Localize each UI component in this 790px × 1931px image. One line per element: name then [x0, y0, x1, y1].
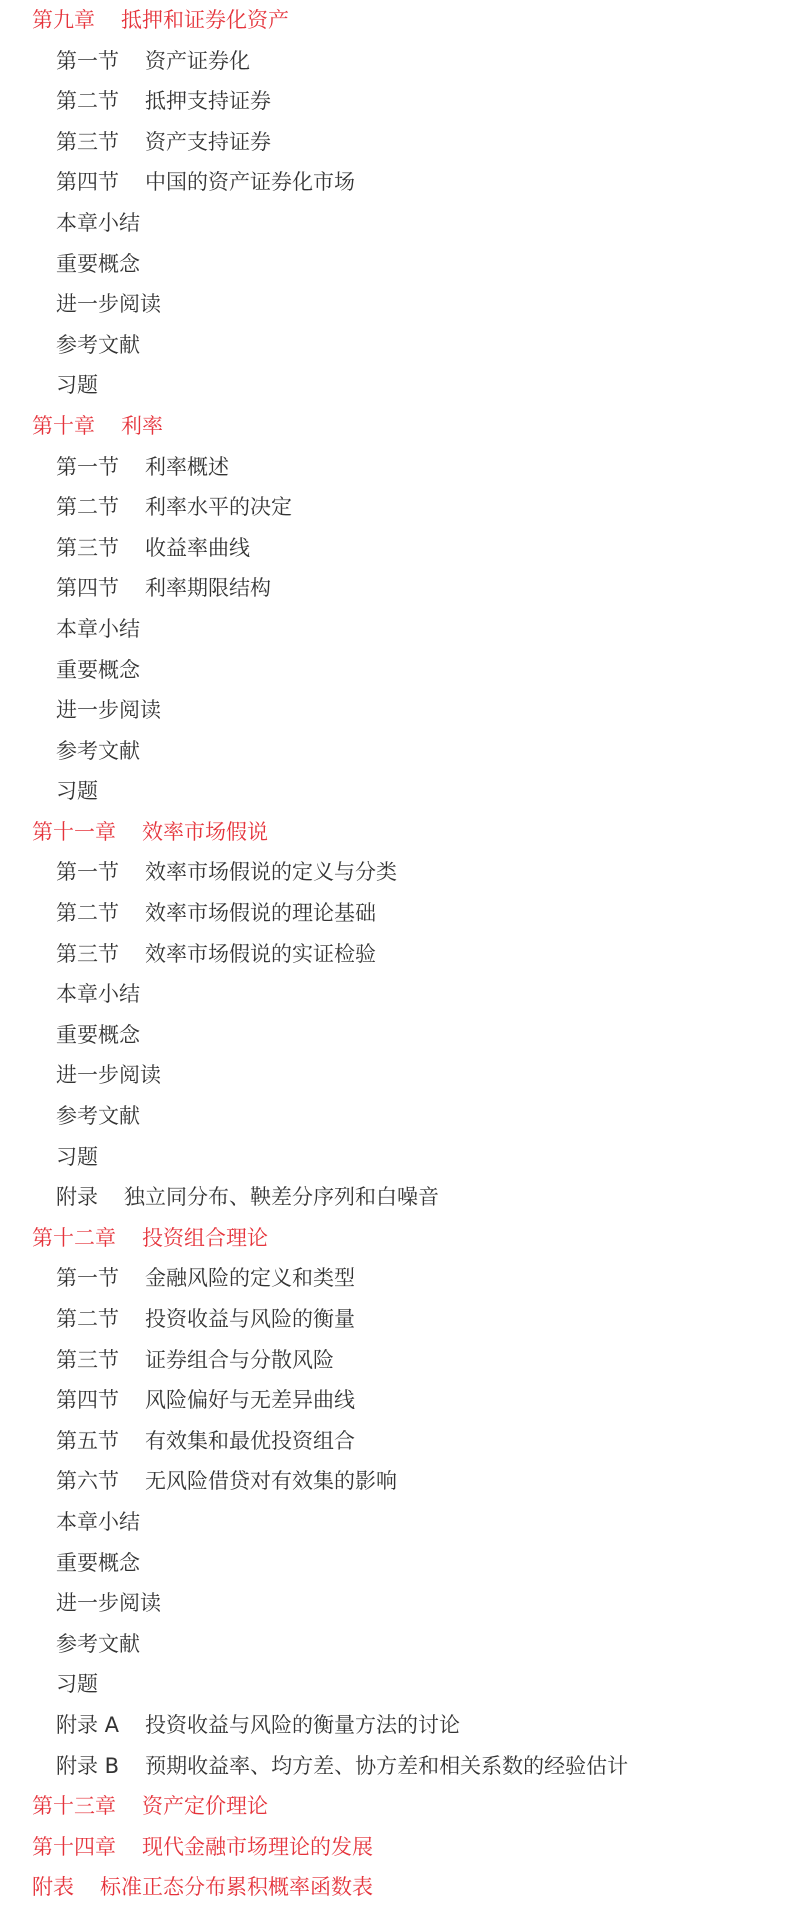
toc-section-link[interactable]: 附录 A投资收益与风险的衡量方法的讨论	[0, 1705, 790, 1746]
entry-title: 预期收益率、均方差、协方差和相关系数的经验估计	[145, 1754, 628, 1778]
toc-chapter-link[interactable]: 第十一章效率市场假说	[0, 812, 790, 853]
entry-title: 利率水平的决定	[145, 495, 292, 519]
entry-title: 利率	[121, 414, 163, 438]
entry-number: 附表	[32, 1875, 74, 1899]
entry-title: 资产证券化	[145, 49, 250, 73]
entry-number: 第四节	[56, 576, 119, 600]
entry-number: 第一节	[56, 455, 119, 479]
entry-title: 本章小结	[56, 617, 140, 641]
toc-section-link[interactable]: 第三节收益率曲线	[0, 528, 790, 569]
toc-section-link[interactable]: 第二节利率水平的决定	[0, 487, 790, 528]
entry-title: 习题	[56, 373, 98, 397]
entry-number: 第二节	[56, 901, 119, 925]
entry-number: 第十四章	[32, 1835, 116, 1859]
entry-title: 效率市场假说的实证检验	[145, 942, 376, 966]
entry-title: 中国的资产证券化市场	[145, 170, 355, 194]
toc-section-link[interactable]: 习题	[0, 1137, 790, 1178]
toc-chapter-link[interactable]: 第十章利率	[0, 406, 790, 447]
toc-section-link[interactable]: 重要概念	[0, 650, 790, 691]
entry-title: 标准正态分布累积概率函数表	[100, 1875, 373, 1899]
entry-number: 第二节	[56, 1307, 119, 1331]
entry-title: 金融风险的定义和类型	[145, 1266, 355, 1290]
entry-title: 独立同分布、鞅差分序列和白噪音	[124, 1185, 439, 1209]
entry-title: 投资收益与风险的衡量方法的讨论	[145, 1713, 460, 1737]
entry-title: 参考文献	[56, 1632, 140, 1656]
toc-section-link[interactable]: 第五节有效集和最优投资组合	[0, 1421, 790, 1462]
toc-section-link[interactable]: 第一节资产证券化	[0, 41, 790, 82]
toc-chapter-link[interactable]: 附表标准正态分布累积概率函数表	[0, 1867, 790, 1908]
entry-title: 利率期限结构	[145, 576, 271, 600]
toc-section-link[interactable]: 参考文献	[0, 1624, 790, 1665]
entry-title: 进一步阅读	[56, 292, 161, 316]
entry-number: 第一节	[56, 49, 119, 73]
entry-number: 第十一章	[32, 820, 116, 844]
entry-number: 第四节	[56, 1388, 119, 1412]
toc-section-link[interactable]: 第二节投资收益与风险的衡量	[0, 1299, 790, 1340]
entry-number: 第九章	[32, 8, 95, 32]
entry-number: 附录 A	[56, 1713, 119, 1737]
toc-section-link[interactable]: 第三节证券组合与分散风险	[0, 1340, 790, 1381]
entry-number: 附录	[56, 1185, 98, 1209]
entry-title: 习题	[56, 1145, 98, 1169]
toc-section-link[interactable]: 第四节利率期限结构	[0, 568, 790, 609]
toc-section-link[interactable]: 参考文献	[0, 325, 790, 366]
toc-section-link[interactable]: 进一步阅读	[0, 690, 790, 731]
entry-title: 现代金融市场理论的发展	[142, 1835, 373, 1859]
toc-chapter-link[interactable]: 第九章抵押和证券化资产	[0, 0, 790, 41]
entry-number: 附录 B	[56, 1754, 119, 1778]
entry-number: 第十章	[32, 414, 95, 438]
toc-section-link[interactable]: 进一步阅读	[0, 1583, 790, 1624]
toc-section-link[interactable]: 参考文献	[0, 731, 790, 772]
entry-title: 效率市场假说的定义与分类	[145, 860, 397, 884]
entry-title: 进一步阅读	[56, 1063, 161, 1087]
entry-number: 第二节	[56, 495, 119, 519]
toc-section-link[interactable]: 重要概念	[0, 244, 790, 285]
table-of-contents: 第九章抵押和证券化资产第一节资产证券化第二节抵押支持证券第三节资产支持证券第四节…	[0, 0, 790, 1908]
toc-section-link[interactable]: 本章小结	[0, 974, 790, 1015]
entry-title: 习题	[56, 1672, 98, 1696]
entry-title: 效率市场假说	[142, 820, 268, 844]
entry-title: 本章小结	[56, 1510, 140, 1534]
toc-section-link[interactable]: 参考文献	[0, 1096, 790, 1137]
entry-title: 资产支持证券	[145, 130, 271, 154]
toc-section-link[interactable]: 习题	[0, 1664, 790, 1705]
entry-title: 投资收益与风险的衡量	[145, 1307, 355, 1331]
entry-title: 有效集和最优投资组合	[145, 1429, 355, 1453]
entry-number: 第六节	[56, 1469, 119, 1493]
entry-title: 重要概念	[56, 252, 140, 276]
toc-section-link[interactable]: 进一步阅读	[0, 284, 790, 325]
entry-number: 第三节	[56, 942, 119, 966]
toc-section-link[interactable]: 第四节风险偏好与无差异曲线	[0, 1380, 790, 1421]
toc-chapter-link[interactable]: 第十四章现代金融市场理论的发展	[0, 1827, 790, 1868]
entry-title: 无风险借贷对有效集的影响	[145, 1469, 397, 1493]
toc-chapter-link[interactable]: 第十二章投资组合理论	[0, 1218, 790, 1259]
entry-title: 资产定价理论	[142, 1794, 268, 1818]
entry-title: 效率市场假说的理论基础	[145, 901, 376, 925]
toc-section-link[interactable]: 第三节资产支持证券	[0, 122, 790, 163]
entry-number: 第十二章	[32, 1226, 116, 1250]
entry-number: 第一节	[56, 860, 119, 884]
entry-title: 本章小结	[56, 211, 140, 235]
entry-title: 参考文献	[56, 333, 140, 357]
entry-number: 第十三章	[32, 1794, 116, 1818]
toc-section-link[interactable]: 进一步阅读	[0, 1055, 790, 1096]
entry-title: 抵押和证券化资产	[121, 8, 289, 32]
toc-section-link[interactable]: 第六节无风险借贷对有效集的影响	[0, 1461, 790, 1502]
toc-section-link[interactable]: 本章小结	[0, 1502, 790, 1543]
entry-title: 投资组合理论	[142, 1226, 268, 1250]
toc-section-link[interactable]: 第一节金融风险的定义和类型	[0, 1258, 790, 1299]
entry-title: 本章小结	[56, 982, 140, 1006]
entry-title: 证券组合与分散风险	[145, 1348, 334, 1372]
toc-section-link[interactable]: 第二节效率市场假说的理论基础	[0, 893, 790, 934]
entry-title: 风险偏好与无差异曲线	[145, 1388, 355, 1412]
toc-section-link[interactable]: 重要概念	[0, 1015, 790, 1056]
entry-title: 习题	[56, 779, 98, 803]
toc-chapter-link[interactable]: 第十三章资产定价理论	[0, 1786, 790, 1827]
entry-title: 重要概念	[56, 1023, 140, 1047]
entry-title: 参考文献	[56, 739, 140, 763]
entry-title: 抵押支持证券	[145, 89, 271, 113]
toc-section-link[interactable]: 第四节中国的资产证券化市场	[0, 162, 790, 203]
entry-title: 参考文献	[56, 1104, 140, 1128]
toc-section-link[interactable]: 第一节效率市场假说的定义与分类	[0, 852, 790, 893]
entry-title: 利率概述	[145, 455, 229, 479]
entry-number: 第五节	[56, 1429, 119, 1453]
toc-section-link[interactable]: 附录 B预期收益率、均方差、协方差和相关系数的经验估计	[0, 1746, 790, 1787]
toc-section-link[interactable]: 习题	[0, 365, 790, 406]
toc-section-link[interactable]: 本章小结	[0, 203, 790, 244]
entry-number: 第四节	[56, 170, 119, 194]
entry-number: 第三节	[56, 1348, 119, 1372]
toc-section-link[interactable]: 重要概念	[0, 1543, 790, 1584]
toc-section-link[interactable]: 习题	[0, 771, 790, 812]
toc-section-link[interactable]: 第三节效率市场假说的实证检验	[0, 934, 790, 975]
entry-title: 重要概念	[56, 1551, 140, 1575]
entry-number: 第三节	[56, 130, 119, 154]
toc-section-link[interactable]: 第二节抵押支持证券	[0, 81, 790, 122]
entry-title: 重要概念	[56, 658, 140, 682]
entry-number: 第二节	[56, 89, 119, 113]
toc-section-link[interactable]: 本章小结	[0, 609, 790, 650]
entry-title: 进一步阅读	[56, 698, 161, 722]
entry-title: 进一步阅读	[56, 1591, 161, 1615]
toc-section-link[interactable]: 附录独立同分布、鞅差分序列和白噪音	[0, 1177, 790, 1218]
toc-section-link[interactable]: 第一节利率概述	[0, 447, 790, 488]
entry-title: 收益率曲线	[145, 536, 250, 560]
entry-number: 第一节	[56, 1266, 119, 1290]
entry-number: 第三节	[56, 536, 119, 560]
